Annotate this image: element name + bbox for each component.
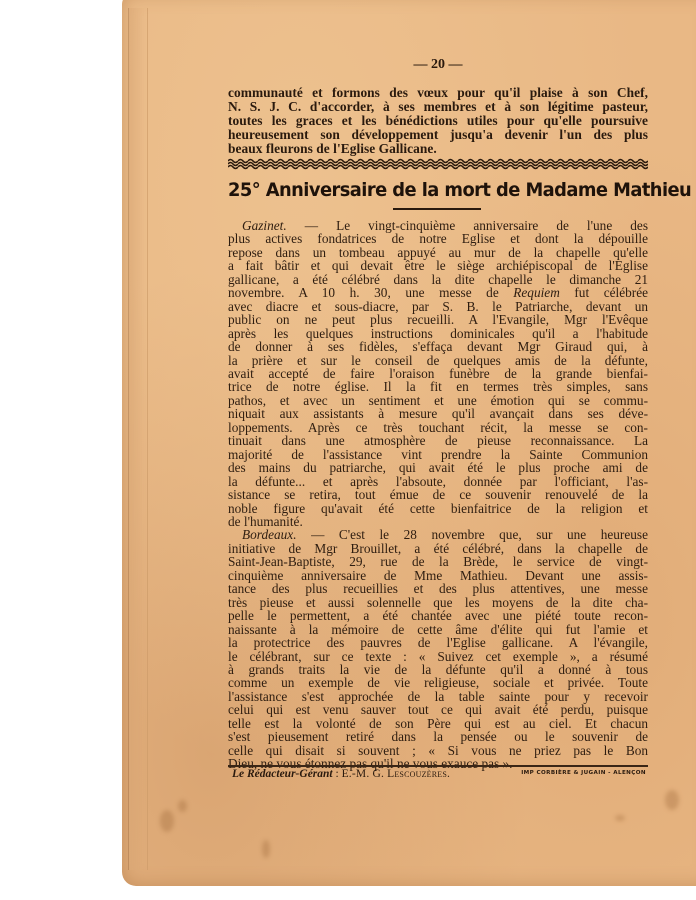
text-line: repose dans un tombeau appuyé au mur de … — [228, 246, 648, 259]
editor-separator: : — [333, 768, 342, 780]
stain — [665, 790, 679, 810]
text-line: novembre. A 10 h. 30, une messe de Requi… — [228, 286, 648, 299]
text-line: trice de notre église. Il la fit en term… — [228, 380, 648, 393]
text-line: la défunte... et après l'absoute, donnée… — [228, 475, 648, 488]
text-line: s'est pieusement retiré dans la pensée o… — [228, 730, 648, 743]
text-line: majorité de l'assistance vint prendre la… — [228, 448, 648, 461]
text-line: celui qui est venu sauver tout ce qui av… — [228, 703, 648, 716]
stain — [160, 810, 174, 832]
stain — [178, 800, 187, 812]
paper-edge — [128, 8, 148, 870]
text-line: très pieuse et aussi solennelle que les … — [228, 596, 648, 609]
text-line: naissante à la mémoire de cette âme d'él… — [228, 623, 648, 636]
text-line: telle est la volonté de son Père qui est… — [228, 717, 648, 730]
wavy-divider — [228, 158, 648, 170]
text-line: N. S. J. C. d'accorder, à ses membres et… — [228, 100, 648, 114]
stain — [615, 815, 625, 821]
text-line: pelle le permettent, a été chantée avec … — [228, 609, 648, 622]
text-line: le célébrant, sur ce texte : « Suivez ce… — [228, 650, 648, 663]
text-line: gallicane, a été célébré dans la dite ch… — [228, 273, 648, 286]
editor-label: Le Rédacteur-Gérant — [232, 768, 333, 780]
text-line: celle qui disait si souvent ; « Si vous … — [228, 744, 648, 757]
intro-paragraph: communauté et formons des vœux pour qu'i… — [228, 86, 648, 156]
text-line: tance des plus recueillies et des plus a… — [228, 582, 648, 595]
text-line: a fait bâtir et qui devait être le siège… — [228, 259, 648, 272]
text-line: à grands traits la vie de la défunte qu'… — [228, 663, 648, 676]
text-line: la protectrice des pauvres de l'Eglise g… — [228, 636, 648, 649]
text-line: avec diacre et sous-diacre, par S. B. le… — [228, 300, 648, 313]
text-line: toutes les graces et les bénédictions ut… — [228, 114, 648, 128]
editor-name: E.-M. G. Lescouzères. — [342, 768, 451, 780]
article-title: 25° Anniversaire de la mort de Madame Ma… — [228, 177, 623, 203]
text-line: de donner à ses fidèles, s'effaça devant… — [228, 340, 648, 353]
text-line: tinuait dans une atmosphère de pieuse re… — [228, 434, 648, 447]
text-line: public on ne peut plus recueilli. A l'Ev… — [228, 313, 648, 326]
text-line: loppements. Après ce très touchant récit… — [228, 421, 648, 434]
text-line: niquait aux assistants à mesure qu'il av… — [228, 407, 648, 420]
text-line: initiative de Mgr Brouillet, a été céléb… — [228, 542, 648, 555]
text-line: Saint-Jean-Baptiste, 29, rue de la Brède… — [228, 555, 648, 568]
page-number: — 20 — — [228, 57, 648, 73]
title-underline — [393, 208, 481, 210]
text-line: avait accepté de faire l'oraison funèbre… — [228, 367, 648, 380]
text-line: pathos, et avec un sentiment et une émot… — [228, 394, 648, 407]
text-line: sistance se retira, tout émue de ce souv… — [228, 488, 648, 501]
text-line: noble figure qu'avait été cette bienfait… — [228, 502, 648, 515]
footer-rule — [228, 765, 648, 767]
text-line: communauté et formons des vœux pour qu'i… — [228, 86, 648, 100]
text-line: heureusement son développement jusqu'a d… — [228, 128, 648, 142]
footer: Le Rédacteur-Gérant : E.-M. G. Lescouzèr… — [232, 768, 648, 784]
text-line: des mains du patriarche, qui avait été l… — [228, 461, 648, 474]
stain — [262, 840, 270, 858]
text-line: après les quelques instructions dominica… — [228, 327, 648, 340]
article-body: Gazinet. — Le vingt-cinquième anniversai… — [228, 219, 648, 771]
section-first-line: Gazinet. — Le vingt-cinquième anniversai… — [228, 219, 648, 232]
text-line: l'assistance s'est approchée de la table… — [228, 690, 648, 703]
section-first-line: Bordeaux. — C'est le 28 novembre que, su… — [228, 528, 648, 541]
text-line: la prière et sur le conseil de quelques … — [228, 354, 648, 367]
text-line: plus actives fondatrices de notre Eglise… — [228, 232, 648, 245]
text-line: beaux fleurons de l'Eglise Gallicane. — [228, 142, 648, 156]
text-line: comme un exemple de vie religieuse, soci… — [228, 676, 648, 689]
text-line: de l'humanité. — [228, 515, 648, 528]
printer-imprint: IMP CORBIÈRE & JUGAIN - ALENÇON — [521, 770, 646, 776]
text-line: cinquième anniversaire de Mme Mathieu. D… — [228, 569, 648, 582]
